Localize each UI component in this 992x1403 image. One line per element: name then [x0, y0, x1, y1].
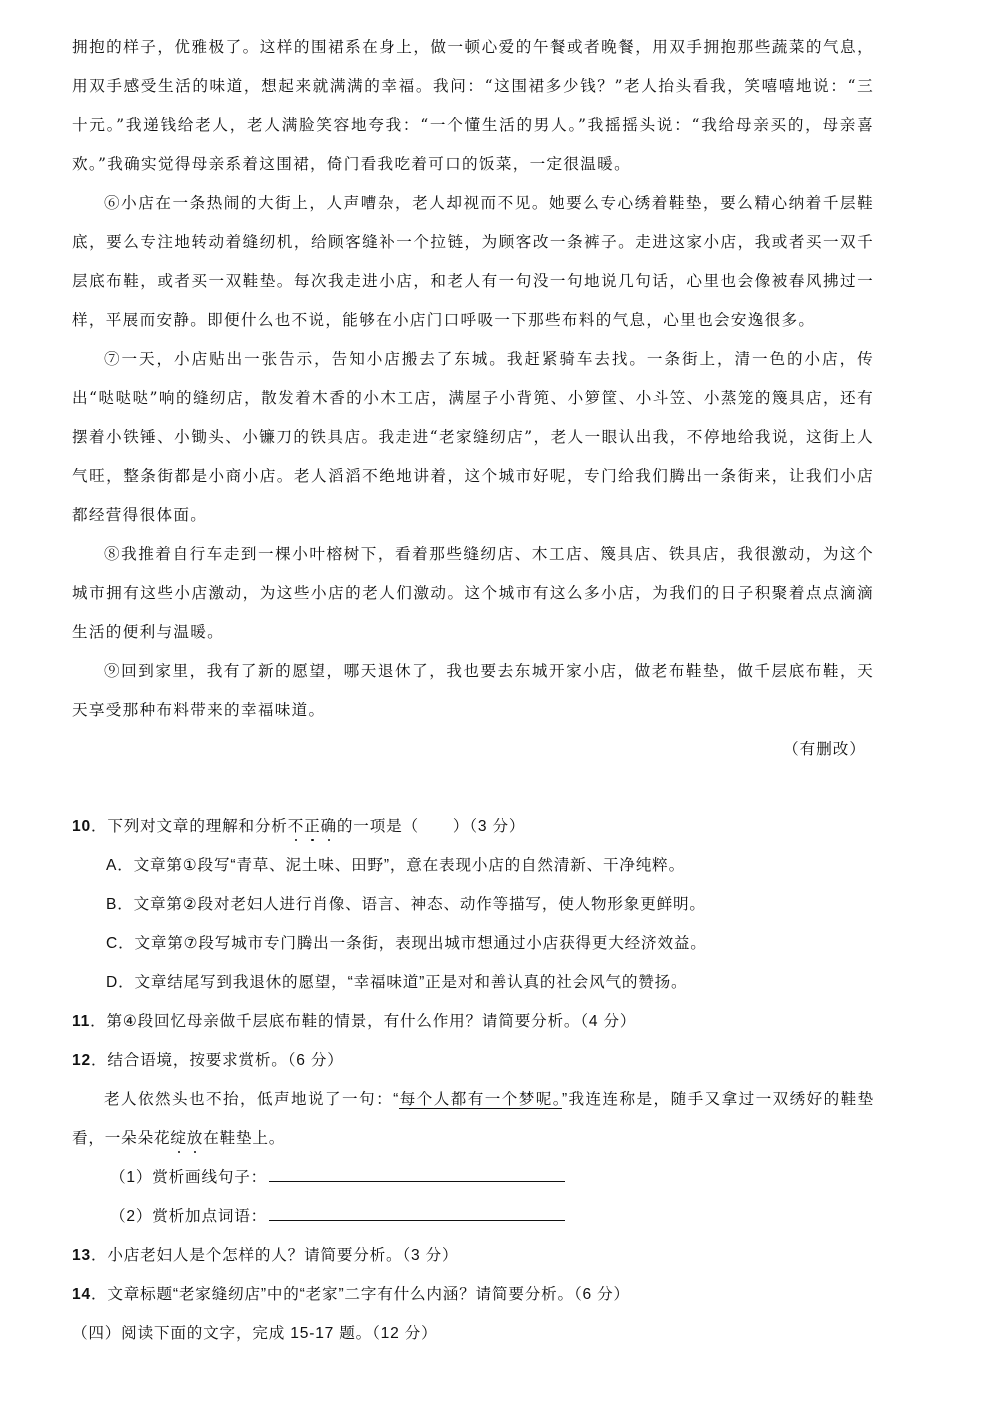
option-b: B．文章第②段对老妇人进行肖像、语言、神态、动作等描写，使人物形象更鲜明。: [106, 885, 874, 924]
option-label: D: [106, 974, 118, 991]
context-text: 老人依然头也不抬，低声地说了一句：“: [104, 1091, 399, 1108]
option-d: D．文章结尾写到我退休的愿望，“幸福味道”正是对和善认真的社会风气的赞扬。: [106, 963, 874, 1002]
question-number: 11: [72, 1013, 90, 1030]
emphasis-char: 正: [304, 818, 320, 835]
question-text: 的一项是（: [337, 818, 419, 835]
passage-paragraph-9: ⑨回到家里，我有了新的愿望，哪天退休了，我也要去东城开家小店，做老布鞋垫，做千层…: [72, 652, 874, 730]
option-text: ．文章第①段写“青草、泥土味、田野”，意在表现小店的自然清新、干净纯粹。: [117, 857, 685, 874]
question-13: 13．小店老妇人是个怎样的人？请简要分析。（3 分）: [72, 1236, 874, 1275]
emphasis-char: 放: [187, 1130, 203, 1147]
question-text: ．下列对文章的理解和分析: [91, 818, 288, 835]
question-text: ．第④段回忆母亲做千层底布鞋的情景，有什么作用？请简要分析。（4 分）: [90, 1013, 636, 1030]
option-label: A: [106, 857, 117, 874]
question-12-sub-1: （1）赏析画线句子：: [110, 1158, 874, 1197]
option-c: C．文章第⑦段写城市专门腾出一条街，表现出城市想通过小店获得更大经济效益。: [106, 924, 874, 963]
spacer: [72, 769, 874, 807]
question-12: 12．结合语境，按要求赏析。（6 分）: [72, 1041, 874, 1080]
question-text: ．文章标题“老家缝纫店”中的“老家”二字有什么内涵？请简要分析。（6 分）: [91, 1286, 630, 1303]
emphasis-char: 不: [288, 818, 304, 835]
underlined-sentence: 每个人都有一个梦呢。: [399, 1091, 562, 1108]
question-14: 14．文章标题“老家缝纫店”中的“老家”二字有什么内涵？请简要分析。（6 分）: [72, 1275, 874, 1314]
exam-page: 拥抱的样子，优雅极了。这样的围裙系在身上，做一顿心爱的午餐或者晚餐，用双手拥抱那…: [72, 28, 874, 1353]
section-four-heading: （四）阅读下面的文字，完成 15-17 题。（12 分）: [72, 1314, 874, 1353]
question-number: 10: [72, 818, 91, 835]
emphasis-char: 确: [321, 818, 337, 835]
passage-paragraph-5-continued: 拥抱的样子，优雅极了。这样的围裙系在身上，做一顿心爱的午餐或者晚餐，用双手拥抱那…: [72, 28, 874, 184]
passage-paragraph-6: ⑥小店在一条热闹的大街上，人声嘈杂，老人却视而不见。她要么专心绣着鞋垫，要么精心…: [72, 184, 874, 340]
context-text: 在鞋垫上。: [203, 1130, 285, 1147]
question-12-context: 老人依然头也不抬，低声地说了一句：“每个人都有一个梦呢。”我连连称是，随手又拿过…: [72, 1080, 874, 1158]
question-text: ．小店老妇人是个怎样的人？请简要分析。（3 分）: [91, 1247, 458, 1264]
answer-line[interactable]: [269, 1204, 565, 1221]
option-text: ．文章第⑦段写城市专门腾出一条街，表现出城市想通过小店获得更大经济效益。: [118, 935, 707, 952]
source-note: （有删改）: [72, 730, 866, 769]
question-text: ．结合语境，按要求赏析。（6 分）: [91, 1052, 344, 1069]
question-11: 11．第④段回忆母亲做千层底布鞋的情景，有什么作用？请简要分析。（4 分）: [72, 1002, 874, 1041]
emphasis-char: 绽: [170, 1130, 186, 1147]
question-score: ）（3 分）: [453, 818, 525, 835]
question-number: 12: [72, 1052, 91, 1069]
option-label: C: [106, 935, 118, 952]
question-10: 10．下列对文章的理解和分析不正确的一项是（）（3 分）: [72, 807, 874, 846]
option-a: A．文章第①段写“青草、泥土味、田野”，意在表现小店的自然清新、干净纯粹。: [106, 846, 874, 885]
sub-question-label: （2）赏析加点词语：: [110, 1197, 267, 1236]
option-text: ．文章第②段对老妇人进行肖像、语言、神态、动作等描写，使人物形象更鲜明。: [117, 896, 706, 913]
question-12-sub-2: （2）赏析加点词语：: [110, 1197, 874, 1236]
sub-question-label: （1）赏析画线句子：: [110, 1158, 267, 1197]
answer-line[interactable]: [269, 1165, 565, 1182]
passage-paragraph-7: ⑦一天，小店贴出一张告示，告知小店搬去了东城。我赶紧骑车去找。一条街上，清一色的…: [72, 340, 874, 535]
passage-paragraph-8: ⑧我推着自行车走到一棵小叶榕树下，看着那些缝纫店、木工店、篾具店、铁具店，我很激…: [72, 535, 874, 652]
question-number: 13: [72, 1247, 91, 1264]
question-number: 14: [72, 1286, 91, 1303]
option-text: ．文章结尾写到我退休的愿望，“幸福味道”正是对和善认真的社会风气的赞扬。: [118, 974, 687, 991]
option-label: B: [106, 896, 117, 913]
